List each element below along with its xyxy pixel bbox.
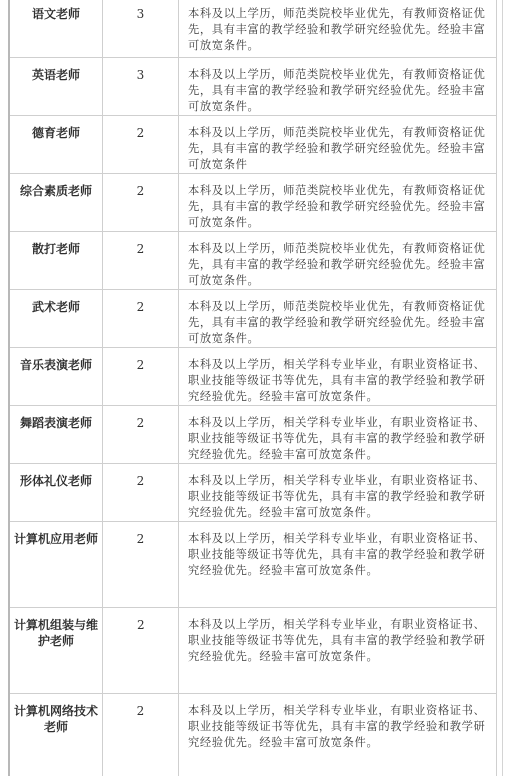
table-row: 形体礼仪老师 2 本科及以上学历，相关学科专业毕业，有职业资格证书、职业技能等级…: [9, 464, 497, 522]
count-cell: 2: [103, 174, 179, 232]
count-cell: 2: [103, 348, 179, 406]
count-cell: 2: [103, 608, 179, 694]
count-cell: 2: [103, 464, 179, 522]
requirement-cell: 本科及以上学历，相关学科专业毕业，有职业资格证书、职业技能等级证书等优先，具有丰…: [179, 694, 497, 776]
position-name: 形体礼仪老师: [10, 473, 102, 489]
requirement-cell: 本科及以上学历，师范类院校毕业优先，有教师资格证优先，具有丰富的教学经验和教学研…: [179, 58, 497, 116]
position-name: 音乐表演老师: [10, 357, 102, 373]
page-edge-divider: [502, 0, 503, 776]
position-name: 英语老师: [10, 67, 102, 83]
requirement-cell: 本科及以上学历，相关学科专业毕业，有职业资格证书、职业技能等级证书等优先，具有丰…: [179, 348, 497, 406]
requirement-cell: 本科及以上学历，师范类院校毕业优先，有教师资格证优先，具有丰富的教学经验和教学研…: [179, 232, 497, 290]
position-name: 武术老师: [10, 299, 102, 315]
position-cell: 散打老师: [9, 232, 103, 290]
position-cell: 语文老师: [9, 0, 103, 58]
table-row: 武术老师 2 本科及以上学历，师范类院校毕业优先，有教师资格证优先，具有丰富的教…: [9, 290, 497, 348]
count-cell: 3: [103, 58, 179, 116]
count-cell: 2: [103, 694, 179, 776]
requirement-cell: 本科及以上学历，相关学科专业毕业，有职业资格证书、职业技能等级证书等优先，具有丰…: [179, 608, 497, 694]
table-row: 英语老师 3 本科及以上学历，师范类院校毕业优先，有教师资格证优先，具有丰富的教…: [9, 58, 497, 116]
position-cell: 音乐表演老师: [9, 348, 103, 406]
requirement-cell: 本科及以上学历，相关学科专业毕业，有职业资格证书、职业技能等级证书等优先，具有丰…: [179, 406, 497, 464]
table-row: 舞蹈表演老师 2 本科及以上学历，相关学科专业毕业，有职业资格证书、职业技能等级…: [9, 406, 497, 464]
position-cell: 综合素质老师: [9, 174, 103, 232]
count-cell: 2: [103, 406, 179, 464]
table-row: 计算机组装与维护老师 2 本科及以上学历，相关学科专业毕业，有职业资格证书、职业…: [9, 608, 497, 694]
table-row: 计算机应用老师 2 本科及以上学历，相关学科专业毕业，有职业资格证书、职业技能等…: [9, 522, 497, 608]
position-cell: 舞蹈表演老师: [9, 406, 103, 464]
position-cell: 武术老师: [9, 290, 103, 348]
table-row: 德育老师 2 本科及以上学历，师范类院校毕业优先，有教师资格证优先，具有丰富的教…: [9, 116, 497, 174]
requirement-cell: 本科及以上学历，相关学科专业毕业，有职业资格证书、职业技能等级证书等优先，具有丰…: [179, 464, 497, 522]
position-cell: 形体礼仪老师: [9, 464, 103, 522]
position-cell: 计算机网络技术老师: [9, 694, 103, 776]
count-cell: 2: [103, 116, 179, 174]
position-name: 计算机网络技术老师: [10, 703, 102, 735]
table-row: 计算机网络技术老师 2 本科及以上学历，相关学科专业毕业，有职业资格证书、职业技…: [9, 694, 497, 776]
position-name: 德育老师: [10, 125, 102, 141]
count-cell: 3: [103, 0, 179, 58]
table-row: 散打老师 2 本科及以上学历，师范类院校毕业优先，有教师资格证优先，具有丰富的教…: [9, 232, 497, 290]
table-row: 音乐表演老师 2 本科及以上学历，相关学科专业毕业，有职业资格证书、职业技能等级…: [9, 348, 497, 406]
count-cell: 2: [103, 232, 179, 290]
position-name: 综合素质老师: [10, 183, 102, 199]
requirement-cell: 本科及以上学历，师范类院校毕业优先，有教师资格证优先，具有丰富的教学经验和教学研…: [179, 290, 497, 348]
position-cell: 计算机应用老师: [9, 522, 103, 608]
requirement-cell: 本科及以上学历，师范类院校毕业优先，有教师资格证优先，具有丰富的教学经验和教学研…: [179, 174, 497, 232]
count-cell: 2: [103, 522, 179, 608]
position-name: 散打老师: [10, 241, 102, 257]
requirement-cell: 本科及以上学历，相关学科专业毕业，有职业资格证书、职业技能等级证书等优先，具有丰…: [179, 522, 497, 608]
position-name: 计算机应用老师: [10, 531, 102, 547]
count-cell: 2: [103, 290, 179, 348]
requirement-cell: 本科及以上学历，师范类院校毕业优先，有教师资格证优先，具有丰富的教学经验和教学研…: [179, 0, 497, 58]
table-row: 综合素质老师 2 本科及以上学历，师范类院校毕业优先，有教师资格证优先，具有丰富…: [9, 174, 497, 232]
recruitment-table: 语文老师 3 本科及以上学历，师范类院校毕业优先，有教师资格证优先，具有丰富的教…: [8, 0, 497, 776]
table-row: 语文老师 3 本科及以上学历，师范类院校毕业优先，有教师资格证优先，具有丰富的教…: [9, 0, 497, 58]
position-cell: 计算机组装与维护老师: [9, 608, 103, 694]
position-name: 语文老师: [10, 6, 102, 22]
position-cell: 英语老师: [9, 58, 103, 116]
position-name: 舞蹈表演老师: [10, 415, 102, 431]
position-name: 计算机组装与维护老师: [10, 617, 102, 649]
requirement-cell: 本科及以上学历，师范类院校毕业优先，有教师资格证优先，具有丰富的教学经验和教学研…: [179, 116, 497, 174]
position-cell: 德育老师: [9, 116, 103, 174]
